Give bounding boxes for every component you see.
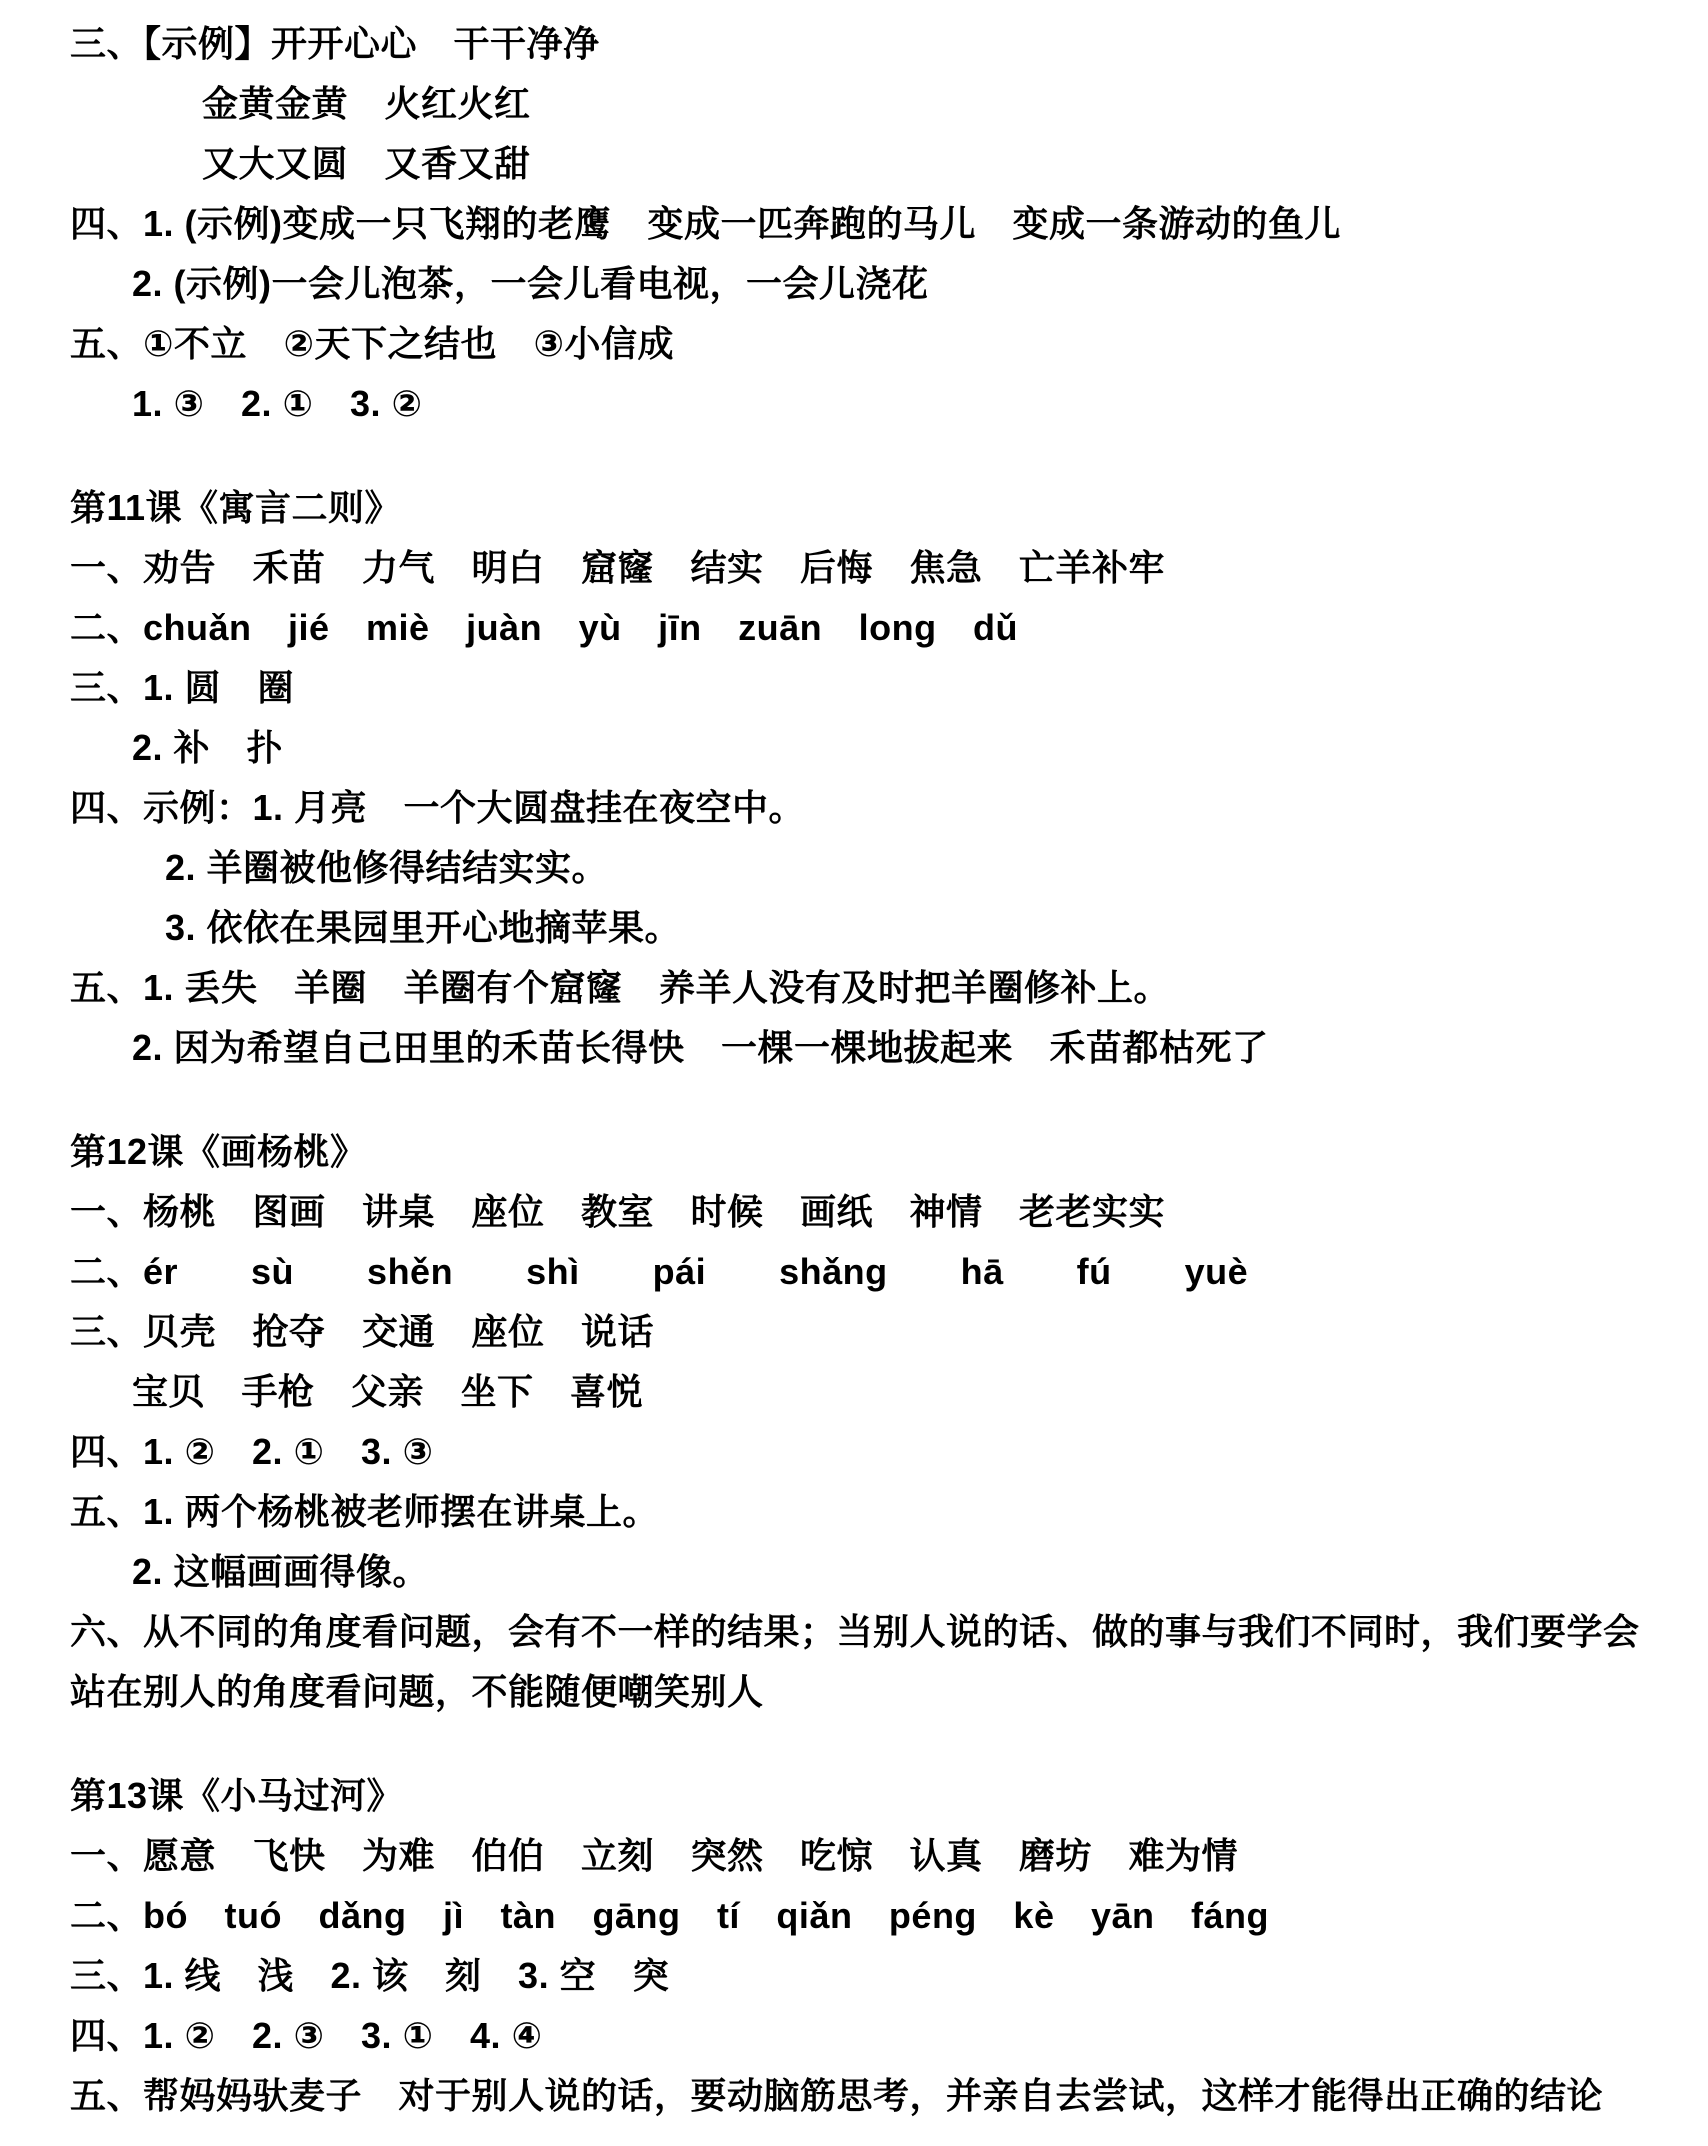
answer-line: 一、愿意 飞快 为难 伯伯 立刻 突然 吃惊 认真 磨坊 难为情 [70, 1826, 1652, 1886]
answer-line: 又大又圆 又香又甜 [70, 134, 1652, 194]
lesson-section: 第13课《小马过河》一、愿意 飞快 为难 伯伯 立刻 突然 吃惊 认真 磨坊 难… [70, 1766, 1652, 2126]
answer-line: 三、【示例】开开心心 干干净净 [70, 14, 1652, 74]
answer-line: 三、贝壳 抢夺 交通 座位 说话 [70, 1302, 1652, 1362]
answer-line: 五、帮妈妈驮麦子 对于别人说的话，要动脑筋思考，并亲自去尝试，这样才能得出正确的… [70, 2066, 1652, 2126]
lesson-heading: 第12课《画杨桃》 [70, 1122, 1652, 1182]
answer-line: 2. 补 扑 [70, 718, 1652, 778]
answer-line: 2. 羊圈被他修得结结实实。 [70, 838, 1652, 898]
answer-line: 三、1. 圆 圈 [70, 658, 1652, 718]
answer-line: 五、1. 两个杨桃被老师摆在讲桌上。 [70, 1482, 1652, 1542]
answer-line: 二、chuǎn jié miè juàn yù jīn zuān long dǔ [70, 598, 1652, 658]
answer-line: 五、①不立 ②天下之结也 ③小信成 [70, 314, 1652, 374]
answer-line: 宝贝 手枪 父亲 坐下 喜悦 [70, 1362, 1652, 1422]
answer-line: 四、1. ② 2. ① 3. ③ [70, 1422, 1652, 1482]
answer-line: 六、从不同的角度看问题，会有不一样的结果；当别人说的话、做的事与我们不同时，我们… [70, 1602, 1652, 1662]
answer-line: 2. 这幅画画得像。 [70, 1542, 1652, 1602]
answer-line: 四、1. ② 2. ③ 3. ① 4. ④ [70, 2006, 1652, 2066]
answer-line: 3. 依依在果园里开心地摘苹果。 [70, 898, 1652, 958]
answer-line: 2. (示例)一会儿泡茶，一会儿看电视，一会儿浇花 [70, 254, 1652, 314]
lesson-section: 第11课《寓言二则》一、劝告 禾苗 力气 明白 窟窿 结实 后悔 焦急 亡羊补牢… [70, 478, 1652, 1078]
answer-line: 三、1. 线 浅 2. 该 刻 3. 空 突 [70, 1946, 1652, 2006]
answer-line: 四、1. (示例)变成一只飞翔的老鹰 变成一匹奔跑的马儿 变成一条游动的鱼儿 [70, 194, 1652, 254]
answer-line: 站在别人的角度看问题，不能随便嘲笑别人 [70, 1662, 1652, 1722]
answer-line: 二、ér sù shěn shì pái shǎng hā fú yuè [70, 1242, 1652, 1302]
answer-line: 五、1. 丢失 羊圈 羊圈有个窟窿 养羊人没有及时把羊圈修补上。 [70, 958, 1652, 1018]
lesson-section: 第12课《画杨桃》一、杨桃 图画 讲桌 座位 教室 时候 画纸 神情 老老实实二… [70, 1122, 1652, 1722]
answer-line: 金黄金黄 火红火红 [70, 74, 1652, 134]
answer-line: 1. ③ 2. ① 3. ② [70, 374, 1652, 434]
answer-line: 一、劝告 禾苗 力气 明白 窟窿 结实 后悔 焦急 亡羊补牢 [70, 538, 1652, 598]
lesson-heading: 第11课《寓言二则》 [70, 478, 1652, 538]
answer-key-document: 三、【示例】开开心心 干干净净金黄金黄 火红火红又大又圆 又香又甜四、1. (示… [0, 0, 1708, 2126]
answer-line: 四、示例：1. 月亮 一个大圆盘挂在夜空中。 [70, 778, 1652, 838]
lesson-section: 三、【示例】开开心心 干干净净金黄金黄 火红火红又大又圆 又香又甜四、1. (示… [70, 14, 1652, 434]
answer-line: 二、bó tuó dǎng jì tàn gāng tí qiǎn péng k… [70, 1886, 1652, 1946]
lesson-heading: 第13课《小马过河》 [70, 1766, 1652, 1826]
answer-line: 2. 因为希望自己田里的禾苗长得快 一棵一棵地拔起来 禾苗都枯死了 [70, 1018, 1652, 1078]
answer-line: 一、杨桃 图画 讲桌 座位 教室 时候 画纸 神情 老老实实 [70, 1182, 1652, 1242]
